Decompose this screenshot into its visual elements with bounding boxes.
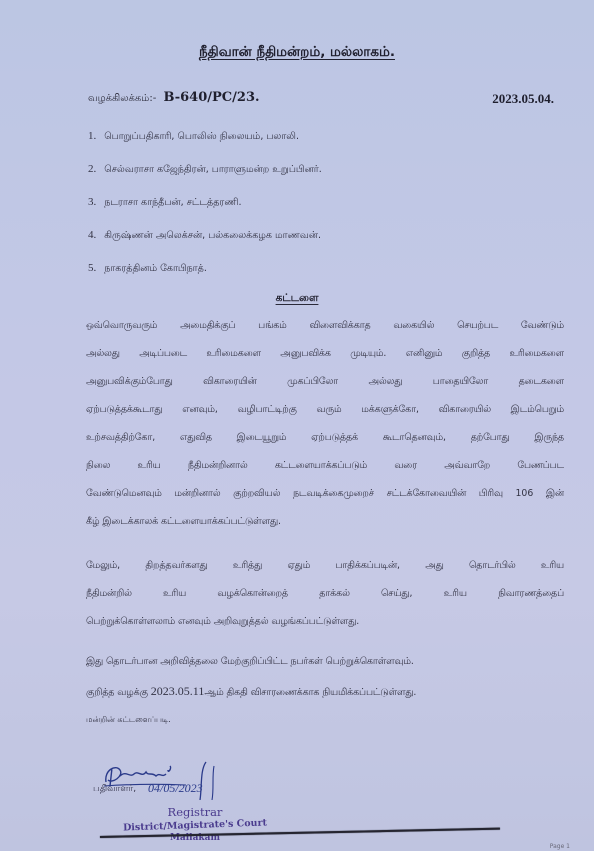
page-number: Page 1 [550, 843, 570, 850]
party-item: 4.கிருஷ்ணன் அலெக்சன், பல்கலைக்கழக மாணவன்… [88, 219, 322, 252]
paragraph-line: அனுபவிக்கும்போது விகாரையின் முகப்பிலோ அல… [86, 368, 564, 396]
hearing-text-after: ஆம் திகதி விசாரணைக்காக நியமிக்கப்பட்டுள்… [204, 687, 416, 698]
order-paragraph-2: மேலும், திறத்தவர்களது உரித்து ஏதும் பாதி… [86, 552, 564, 636]
paragraph-line: மேலும், திறத்தவர்களது உரித்து ஏதும் பாதி… [86, 552, 564, 580]
hearing-text-before: குறித்த வழக்கு [86, 687, 148, 698]
paragraph-line: நீதிமன்றில் உரிய வழக்கொன்றைத் தாக்கல் செ… [86, 580, 564, 608]
order-paragraph-3: இது தொடர்பான அறிவித்தலை மேற்குறிப்பிட்ட … [86, 648, 564, 676]
document-date: 2023.05.04. [492, 91, 554, 107]
court-title: நீதிவான் நீதிமன்றம், மல்லாகம். [0, 44, 594, 62]
party-number: 3. [88, 196, 96, 208]
paragraph-line: மன்றின் கட்டளைப்படி. [86, 706, 564, 734]
paragraph-line: இது தொடர்பான அறிவித்தலை மேற்குறிப்பிட்ட … [86, 648, 564, 676]
order-paragraph-1: ஒவ்வொருவரும் அமைதிக்குப் பங்கம் விளைவிக்… [86, 312, 564, 536]
case-number: B-640/PC/23. [164, 90, 260, 105]
paragraph-line: கீழ் இடைக்காலக் கட்டளையாக்கப்பட்டுள்ளது. [86, 508, 564, 536]
paragraph-line: ஒவ்வொருவரும் அமைதிக்குப் பங்கம் விளைவிக்… [86, 312, 564, 340]
party-text: நாகரத்தினம் கோபிநாத். [104, 263, 207, 274]
parties-list: 1.பொறுப்பதிகாரி, பொலிஸ் நிலையம், பலாலி. … [88, 120, 322, 285]
party-item: 3.நடராசா காந்தீபன், சட்டத்தரணி. [88, 186, 322, 219]
signature-date: 04/05/2023 [148, 781, 203, 796]
paragraph-line: அல்லது அடிப்படை உரிமைகளை அனுபவிக்க முடிய… [86, 340, 564, 368]
party-number: 2. [88, 163, 96, 175]
order-closing: மன்றின் கட்டளைப்படி. [86, 706, 564, 734]
party-text: கிருஷ்ணன் அலெக்சன், பல்கலைக்கழக மாணவன். [104, 230, 321, 241]
paragraph-line: நிலை உரிய நீதிமன்றினால் கட்டளையாக்கப்படு… [86, 452, 564, 480]
case-number-label: வழக்கிலக்கம்:- [88, 93, 156, 104]
court-stamp: Registrar District/Magistrate's Court Ma… [100, 806, 290, 845]
court-order-document: நீதிவான் நீதிமன்றம், மல்லாகம். வழக்கிலக்… [0, 0, 594, 851]
registrar-role-tamil: பதிவாளர், [93, 784, 136, 795]
order-heading-text: கட்டளை [276, 292, 319, 304]
party-text: செல்வராசா கஜேந்திரன், பாராளுமன்ற உறுப்பி… [104, 164, 322, 175]
party-number: 4. [88, 229, 96, 241]
party-item: 1.பொறுப்பதிகாரி, பொலிஸ் நிலையம், பலாலி. [88, 120, 322, 153]
paragraph-line: குறித்த வழக்கு 2023.05.11ஆம் திகதி விசார… [86, 677, 564, 705]
party-item: 5.நாகரத்தினம் கோபிநாத். [88, 252, 322, 285]
party-text: நடராசா காந்தீபன், சட்டத்தரணி. [104, 197, 241, 208]
hearing-date-paragraph: குறித்த வழக்கு 2023.05.11ஆம் திகதி விசார… [86, 677, 564, 705]
party-text: பொறுப்பதிகாரி, பொலிஸ் நிலையம், பலாலி. [104, 131, 299, 142]
paragraph-line: உற்சவத்திற்கோ, எதுவித இடையூறும் ஏற்படுத்… [86, 424, 564, 452]
party-number: 1. [88, 130, 96, 142]
paragraph-line: பெற்றுக்கொள்ளலாம் எனவும் அறிவுறுத்தல் வழ… [86, 608, 564, 636]
case-line: வழக்கிலக்கம்:- B-640/PC/23. 2023.05.04. [88, 90, 554, 105]
order-heading: கட்டளை [0, 292, 594, 305]
hearing-date: 2023.05.11 [151, 684, 205, 698]
party-number: 5. [88, 262, 96, 274]
paragraph-line: வேண்டுமெனவும் மன்றினால் குற்றவியல் நடவடி… [86, 480, 564, 508]
paragraph-line: ஏற்படுத்தக்கூடாது எனவும், வழிபாட்டிற்கு … [86, 396, 564, 424]
court-title-text: நீதிவான் நீதிமன்றம், மல்லாகம். [199, 44, 395, 60]
party-item: 2.செல்வராசா கஜேந்திரன், பாராளுமன்ற உறுப்… [88, 153, 322, 186]
